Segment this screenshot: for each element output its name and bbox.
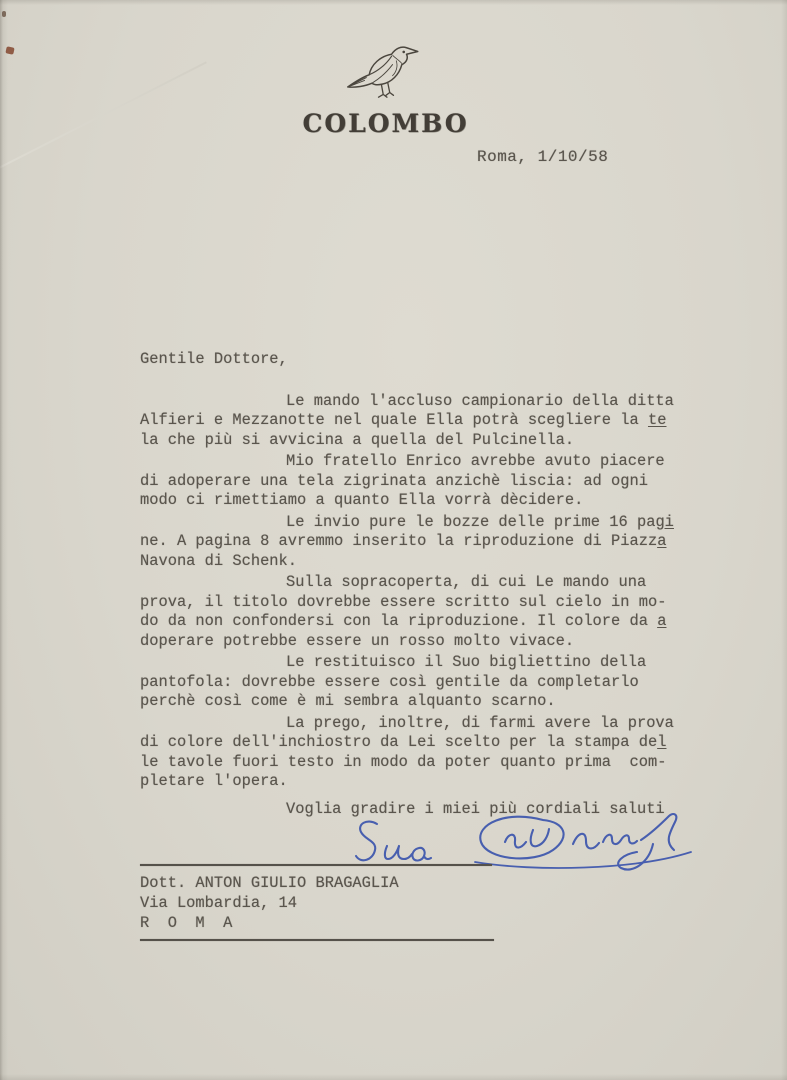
paper-speck [2,11,6,17]
letter-line: pletare l'opera. [140,772,696,792]
salutation: Gentile Dottore, [140,350,696,370]
letter-line: ne. A pagina 8 avremmo inserito la ripro… [140,532,696,552]
letter-line: do da non confondersi con la riproduzion… [140,612,696,632]
paragraph: Mio fratello Enrico avrebbe avuto piacer… [140,452,696,511]
letter-line: perchè così come è mi sembra alquanto sc… [140,692,696,712]
date-line: Roma, 1/10/58 [477,148,608,166]
letter-line: Le invio pure le bozze delle prime 16 pa… [140,513,696,533]
letterhead: COLOMBO [0,44,779,138]
recipient-divider-bottom [140,939,494,941]
letter-paragraphs: Le mando l'accluso campionario della dit… [140,392,696,792]
letter-line: Navona di Schenk. [140,552,696,572]
closing-line: Voglia gradire i miei più cordiali salut… [140,800,696,820]
paragraph: Sulla sopracoperta, di cui Le mando unap… [140,573,696,651]
pigeon-icon [344,44,428,100]
recipient-street: Via Lombardia, 14 [140,893,492,913]
letter-line: Alfieri e Mezzanotte nel quale Ella potr… [140,411,696,431]
paragraph: La prego, inoltre, di farmi avere la pro… [140,714,696,792]
letter-line: La prego, inoltre, di farmi avere la pro… [140,714,696,734]
recipient-block: Dott. ANTON GIULIO BRAGAGLIA Via Lombard… [140,864,492,941]
letter-line: di colore dell'inchiostro da Lei scelto … [140,733,696,753]
letter-body: Gentile Dottore, Le mando l'accluso camp… [140,350,696,819]
letter-line: modo ci rimettiamo a quanto Ella vorrà d… [140,491,696,511]
letter-line: doperare potrebbe essere un rosso molto … [140,632,696,652]
letter-line: Le mando l'accluso campionario della dit… [140,392,696,412]
letter-line: prova, il titolo dovrebbe essere scritto… [140,593,696,613]
letter-line: Sulla sopracoperta, di cui Le mando una [140,573,696,593]
pigeon-eye [402,51,405,54]
letter-line: la che più si avvicina a quella del Pulc… [140,431,696,451]
paragraph: Le restituisco il Suo bigliettino dellap… [140,653,696,712]
letter-page: COLOMBO Roma, 1/10/58 Gentile Dottore, L… [0,0,787,1080]
letter-line: di adoperare una tela zigrinata anzichè … [140,472,696,492]
letter-line: Le restituisco il Suo bigliettino della [140,653,696,673]
paragraph: Le invio pure le bozze delle prime 16 pa… [140,513,696,572]
recipient-city: R O M A [140,913,492,933]
paragraph: Le mando l'accluso campionario della dit… [140,392,696,451]
letter-line: Mio fratello Enrico avrebbe avuto piacer… [140,452,696,472]
letterhead-brand: COLOMBO [0,109,779,138]
letter-line: pantofola: dovrebbe essere così gentile … [140,673,696,693]
recipient-name: Dott. ANTON GIULIO BRAGAGLIA [140,873,492,893]
letter-line: le tavole fuori testo in modo da poter q… [140,753,696,773]
